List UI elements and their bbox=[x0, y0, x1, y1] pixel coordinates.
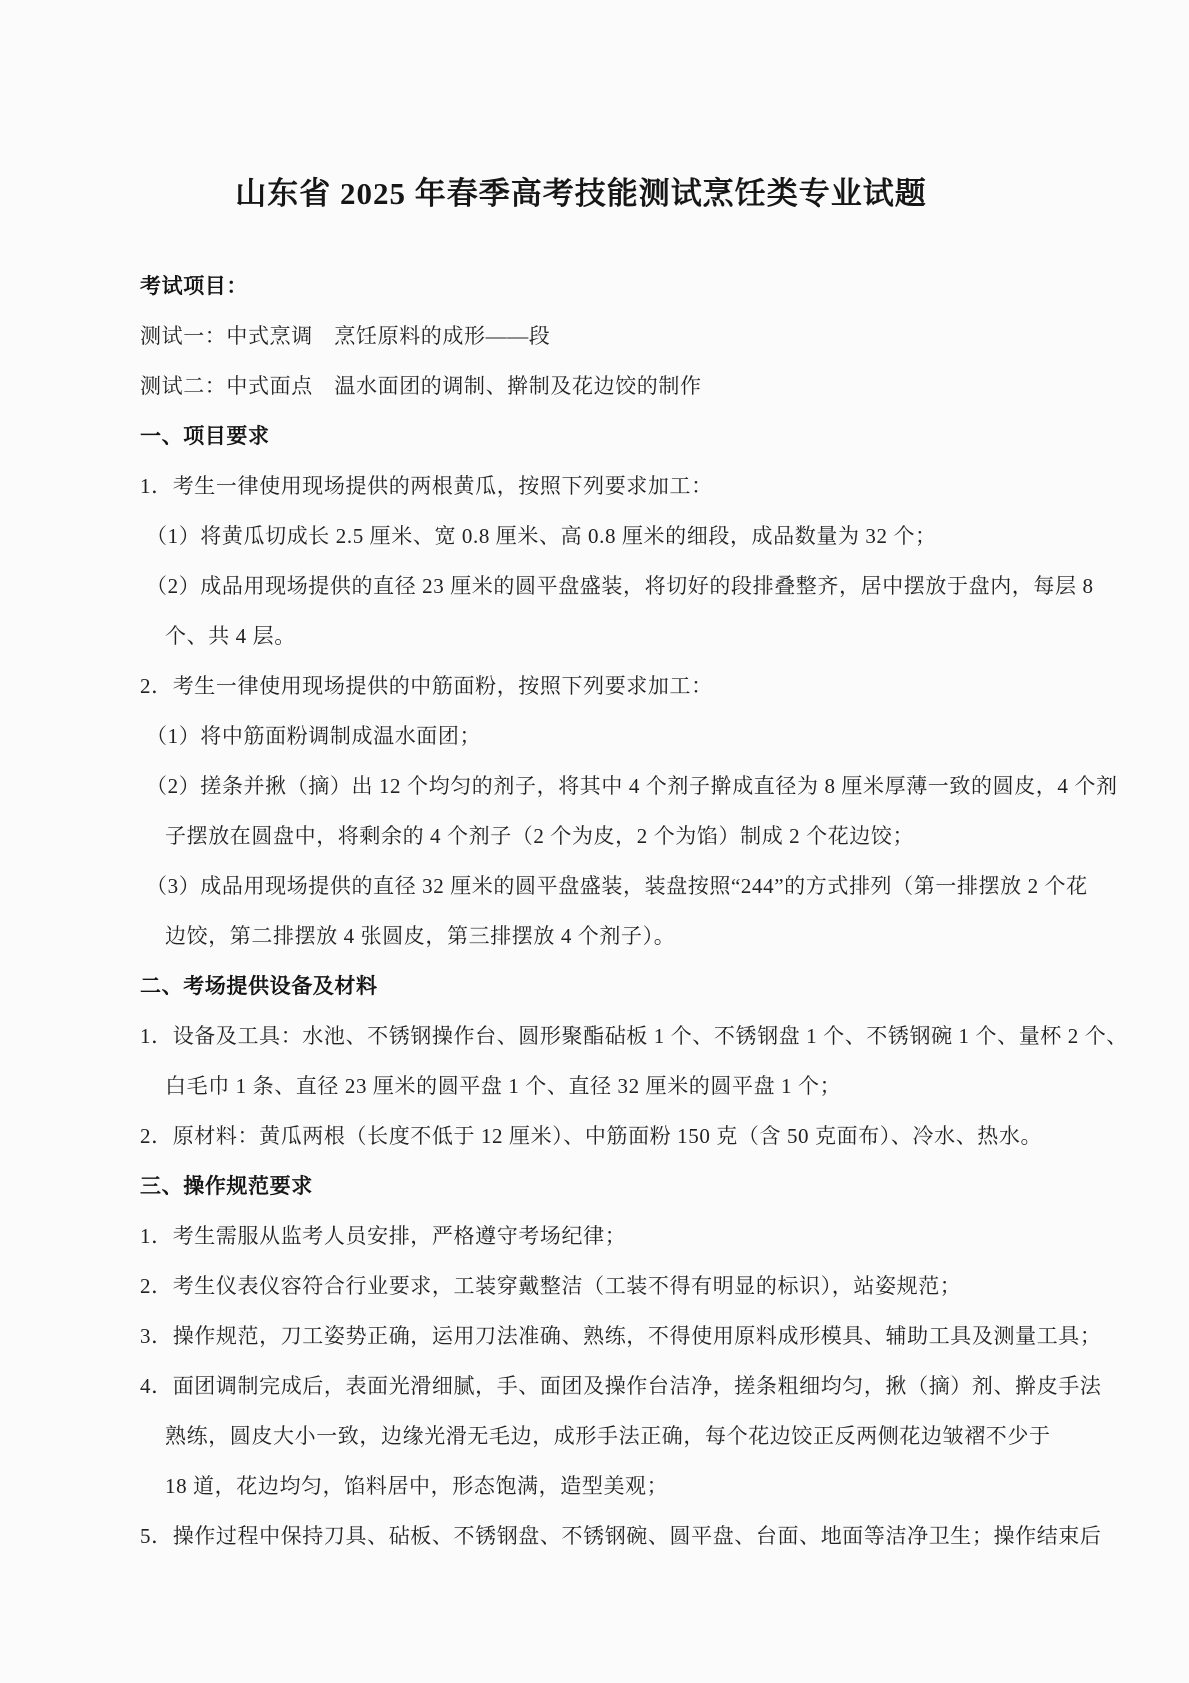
text-line: 三、操作规范要求 bbox=[140, 1161, 1022, 1211]
text-line: 测试一：中式烹调 烹饪原料的成形——段 bbox=[140, 311, 1022, 361]
text-line: 边饺，第二排摆放 4 张圆皮，第三排摆放 4 个剂子）。 bbox=[140, 911, 1022, 961]
text-line: （2）搓条并揪（摘）出 12 个均匀的剂子，将其中 4 个剂子擀成直径为 8 厘… bbox=[140, 761, 1022, 811]
text-line: 1．考生一律使用现场提供的两根黄瓜，按照下列要求加工： bbox=[140, 461, 1022, 511]
text-line: 个、共 4 层。 bbox=[140, 611, 1022, 661]
text-line: 考试项目： bbox=[140, 261, 1022, 311]
text-line: 子摆放在圆盘中，将剩余的 4 个剂子（2 个为皮，2 个为馅）制成 2 个花边饺… bbox=[140, 811, 1022, 861]
text-line: 18 道，花边均匀，馅料居中，形态饱满，造型美观； bbox=[140, 1461, 1022, 1511]
text-line: 熟练，圆皮大小一致，边缘光滑无毛边，成形手法正确，每个花边饺正反两侧花边皱褶不少… bbox=[140, 1411, 1022, 1461]
document-body: 考试项目：测试一：中式烹调 烹饪原料的成形——段测试二：中式面点 温水面团的调制… bbox=[140, 261, 1022, 1561]
text-line: 3．操作规范，刀工姿势正确，运用刀法准确、熟练，不得使用原料成形模具、辅助工具及… bbox=[140, 1311, 1022, 1361]
text-line: 5．操作过程中保持刀具、砧板、不锈钢盘、不锈钢碗、圆平盘、台面、地面等洁净卫生；… bbox=[140, 1511, 1022, 1561]
text-line: 2．原材料：黄瓜两根（长度不低于 12 厘米）、中筋面粉 150 克（含 50 … bbox=[140, 1111, 1022, 1161]
text-line: （1）将中筋面粉调制成温水面团； bbox=[140, 711, 1022, 761]
text-line: 2．考生仪表仪容符合行业要求，工装穿戴整洁（工装不得有明显的标识），站姿规范； bbox=[140, 1261, 1022, 1311]
text-line: 一、项目要求 bbox=[140, 411, 1022, 461]
text-line: 二、考场提供设备及材料 bbox=[140, 961, 1022, 1011]
text-line: （2）成品用现场提供的直径 23 厘米的圆平盘盛装，将切好的段排叠整齐，居中摆放… bbox=[140, 561, 1022, 611]
exam-paper: 山东省 2025 年春季高考技能测试烹饪类专业试题 考试项目：测试一：中式烹调 … bbox=[0, 0, 1189, 1683]
text-line: 白毛巾 1 条、直径 23 厘米的圆平盘 1 个、直径 32 厘米的圆平盘 1 … bbox=[140, 1061, 1022, 1111]
text-line: 4．面团调制完成后，表面光滑细腻，手、面团及操作台洁净，搓条粗细均匀，揪（摘）剂… bbox=[140, 1361, 1022, 1411]
text-line: 2．考生一律使用现场提供的中筋面粉，按照下列要求加工： bbox=[140, 661, 1022, 711]
text-line: 1．设备及工具：水池、不锈钢操作台、圆形聚酯砧板 1 个、不锈钢盘 1 个、不锈… bbox=[140, 1011, 1022, 1061]
text-line: 测试二：中式面点 温水面团的调制、擀制及花边饺的制作 bbox=[140, 361, 1022, 411]
text-line: （3）成品用现场提供的直径 32 厘米的圆平盘盛装，装盘按照“244”的方式排列… bbox=[140, 861, 1022, 911]
text-line: （1）将黄瓜切成长 2.5 厘米、宽 0.8 厘米、高 0.8 厘米的细段，成品… bbox=[140, 511, 1022, 561]
text-line: 1．考生需服从监考人员安排，严格遵守考场纪律； bbox=[140, 1211, 1022, 1261]
document-title: 山东省 2025 年春季高考技能测试烹饪类专业试题 bbox=[140, 171, 1022, 217]
